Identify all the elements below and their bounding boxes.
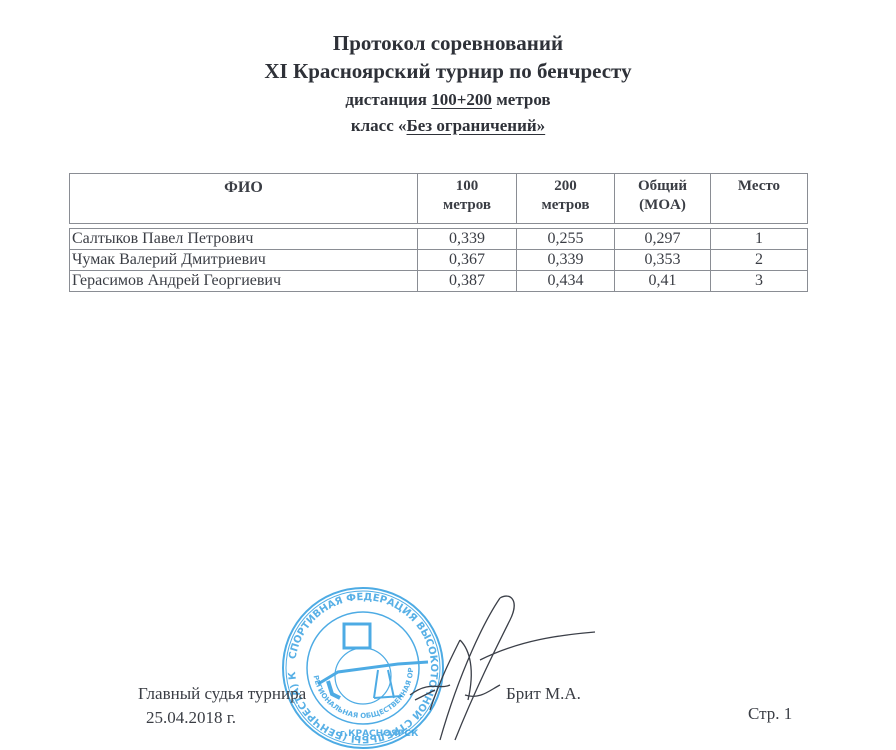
score-100m: 0,387 — [418, 271, 517, 292]
class-label: класс « — [351, 116, 407, 135]
table-row: Салтыков Павел Петрович0,3390,2550,2971 — [70, 229, 808, 250]
header-row: ФИО 100метров 200метров Общий(MOA) Место — [70, 174, 808, 224]
tournament-name: XI Красноярский турнир по бенчресту — [0, 58, 896, 84]
competitor-name: Чумак Валерий Дмитриевич — [70, 250, 418, 271]
score-total: 0,297 — [615, 229, 711, 250]
score-200m: 0,255 — [517, 229, 615, 250]
score-200m: 0,339 — [517, 250, 615, 271]
distance-label: дистанция — [345, 90, 431, 109]
score-total: 0,41 — [615, 271, 711, 292]
place: 1 — [711, 229, 808, 250]
column-header-100m: 100метров — [418, 174, 517, 224]
column-header-name: ФИО — [70, 174, 418, 224]
place: 2 — [711, 250, 808, 271]
score-100m: 0,339 — [418, 229, 517, 250]
judge-signature — [380, 590, 610, 750]
page-number: Стр. 1 — [748, 704, 792, 724]
score-200m: 0,434 — [517, 271, 615, 292]
distance-line: дистанция 100+200 метров — [0, 89, 896, 111]
score-100m: 0,367 — [418, 250, 517, 271]
competitor-name: Салтыков Павел Петрович — [70, 229, 418, 250]
column-header-200m: 200метров — [517, 174, 615, 224]
class-line: класс «Без ограничений» — [0, 115, 896, 137]
class-value: Без ограничений» — [407, 116, 546, 135]
table-row: Герасимов Андрей Георгиевич0,3870,4340,4… — [70, 271, 808, 292]
chief-judge-label: Главный судья турнира — [138, 684, 306, 704]
place: 3 — [711, 271, 808, 292]
results-header-table: ФИО 100метров 200метров Общий(MOA) Место — [69, 173, 808, 224]
protocol-date: 25.04.2018 г. — [146, 708, 236, 728]
column-header-place: Место — [711, 174, 808, 224]
column-header-total: Общий(MOA) — [615, 174, 711, 224]
results-table: Салтыков Павел Петрович0,3390,2550,2971Ч… — [69, 228, 808, 292]
chief-judge-name: Брит М.А. — [506, 684, 581, 704]
table-row: Чумак Валерий Дмитриевич0,3670,3390,3532 — [70, 250, 808, 271]
distance-unit: метров — [492, 90, 551, 109]
competitor-name: Герасимов Андрей Георгиевич — [70, 271, 418, 292]
score-total: 0,353 — [615, 250, 711, 271]
distance-value: 100+200 — [431, 90, 492, 109]
document-title: Протокол соревнований — [0, 30, 896, 56]
